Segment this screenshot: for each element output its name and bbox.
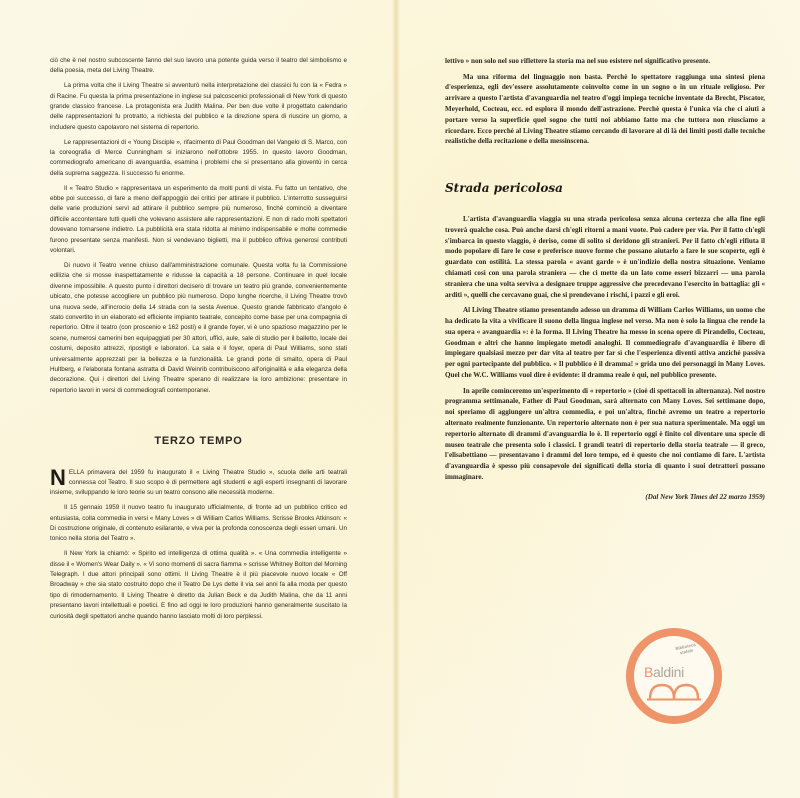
paragraph-dropcap: NELLA primavera del 1959 fu inaugurato i… [50, 468, 347, 499]
right-column: lettivo » non solo nel suo riflettere la… [445, 56, 765, 507]
library-stamp: Biblioteca statale Baldini [626, 628, 722, 724]
stamp-name-initial: B [644, 664, 653, 680]
paragraph: lettivo » non solo nel suo riflettere la… [445, 56, 765, 67]
paragraph: L'artista d'avanguardia viaggia su una s… [445, 214, 765, 300]
paragraph: Il New York la chiamò: « Spirito ed inte… [50, 549, 347, 622]
paragraph: In aprile cominceremo un'esperimento di … [445, 386, 765, 483]
document-spread: ciò che è nel nostro subcoscente fanno d… [0, 0, 800, 798]
open-book-icon [646, 683, 702, 701]
paragraph: Le rappresentazioni di « Young Disciple … [50, 138, 347, 180]
paragraph: Ma una riforma del linguaggio non basta.… [445, 72, 765, 148]
paragraph: Di nuovo il Teatro venne chiuso dall'amm… [50, 261, 347, 396]
paragraph: Il « Teatro Studio » rappresentava un es… [50, 184, 347, 257]
paragraph: La prima volta che il Living Theatre si … [50, 81, 347, 133]
stamp-name-rest: aldini [653, 664, 684, 680]
section-heading-terzo-tempo: TERZO TEMPO [50, 436, 347, 446]
paragraph: ciò che è nel nostro subcoscente fanno d… [50, 56, 347, 77]
section-heading-strada-pericolosa: Strada pericolosa [445, 183, 765, 194]
dropcap-paragraph-text: ELLA primavera del 1959 fu inaugurato il… [50, 469, 347, 497]
source-citation: (Dal New York Times del 22 marzo 1959) [445, 492, 765, 503]
drop-cap: N [50, 469, 66, 487]
paragraph: Il 15 gennaio 1959 il nuovo teatro fu in… [50, 503, 347, 545]
stamp-name: Baldini [644, 664, 684, 680]
paragraph: Al Living Theatre stiamo presentando ade… [445, 305, 765, 381]
left-page: ciò che è nel nostro subcoscente fanno d… [0, 0, 395, 798]
left-column: ciò che è nel nostro subcoscente fanno d… [50, 56, 347, 626]
